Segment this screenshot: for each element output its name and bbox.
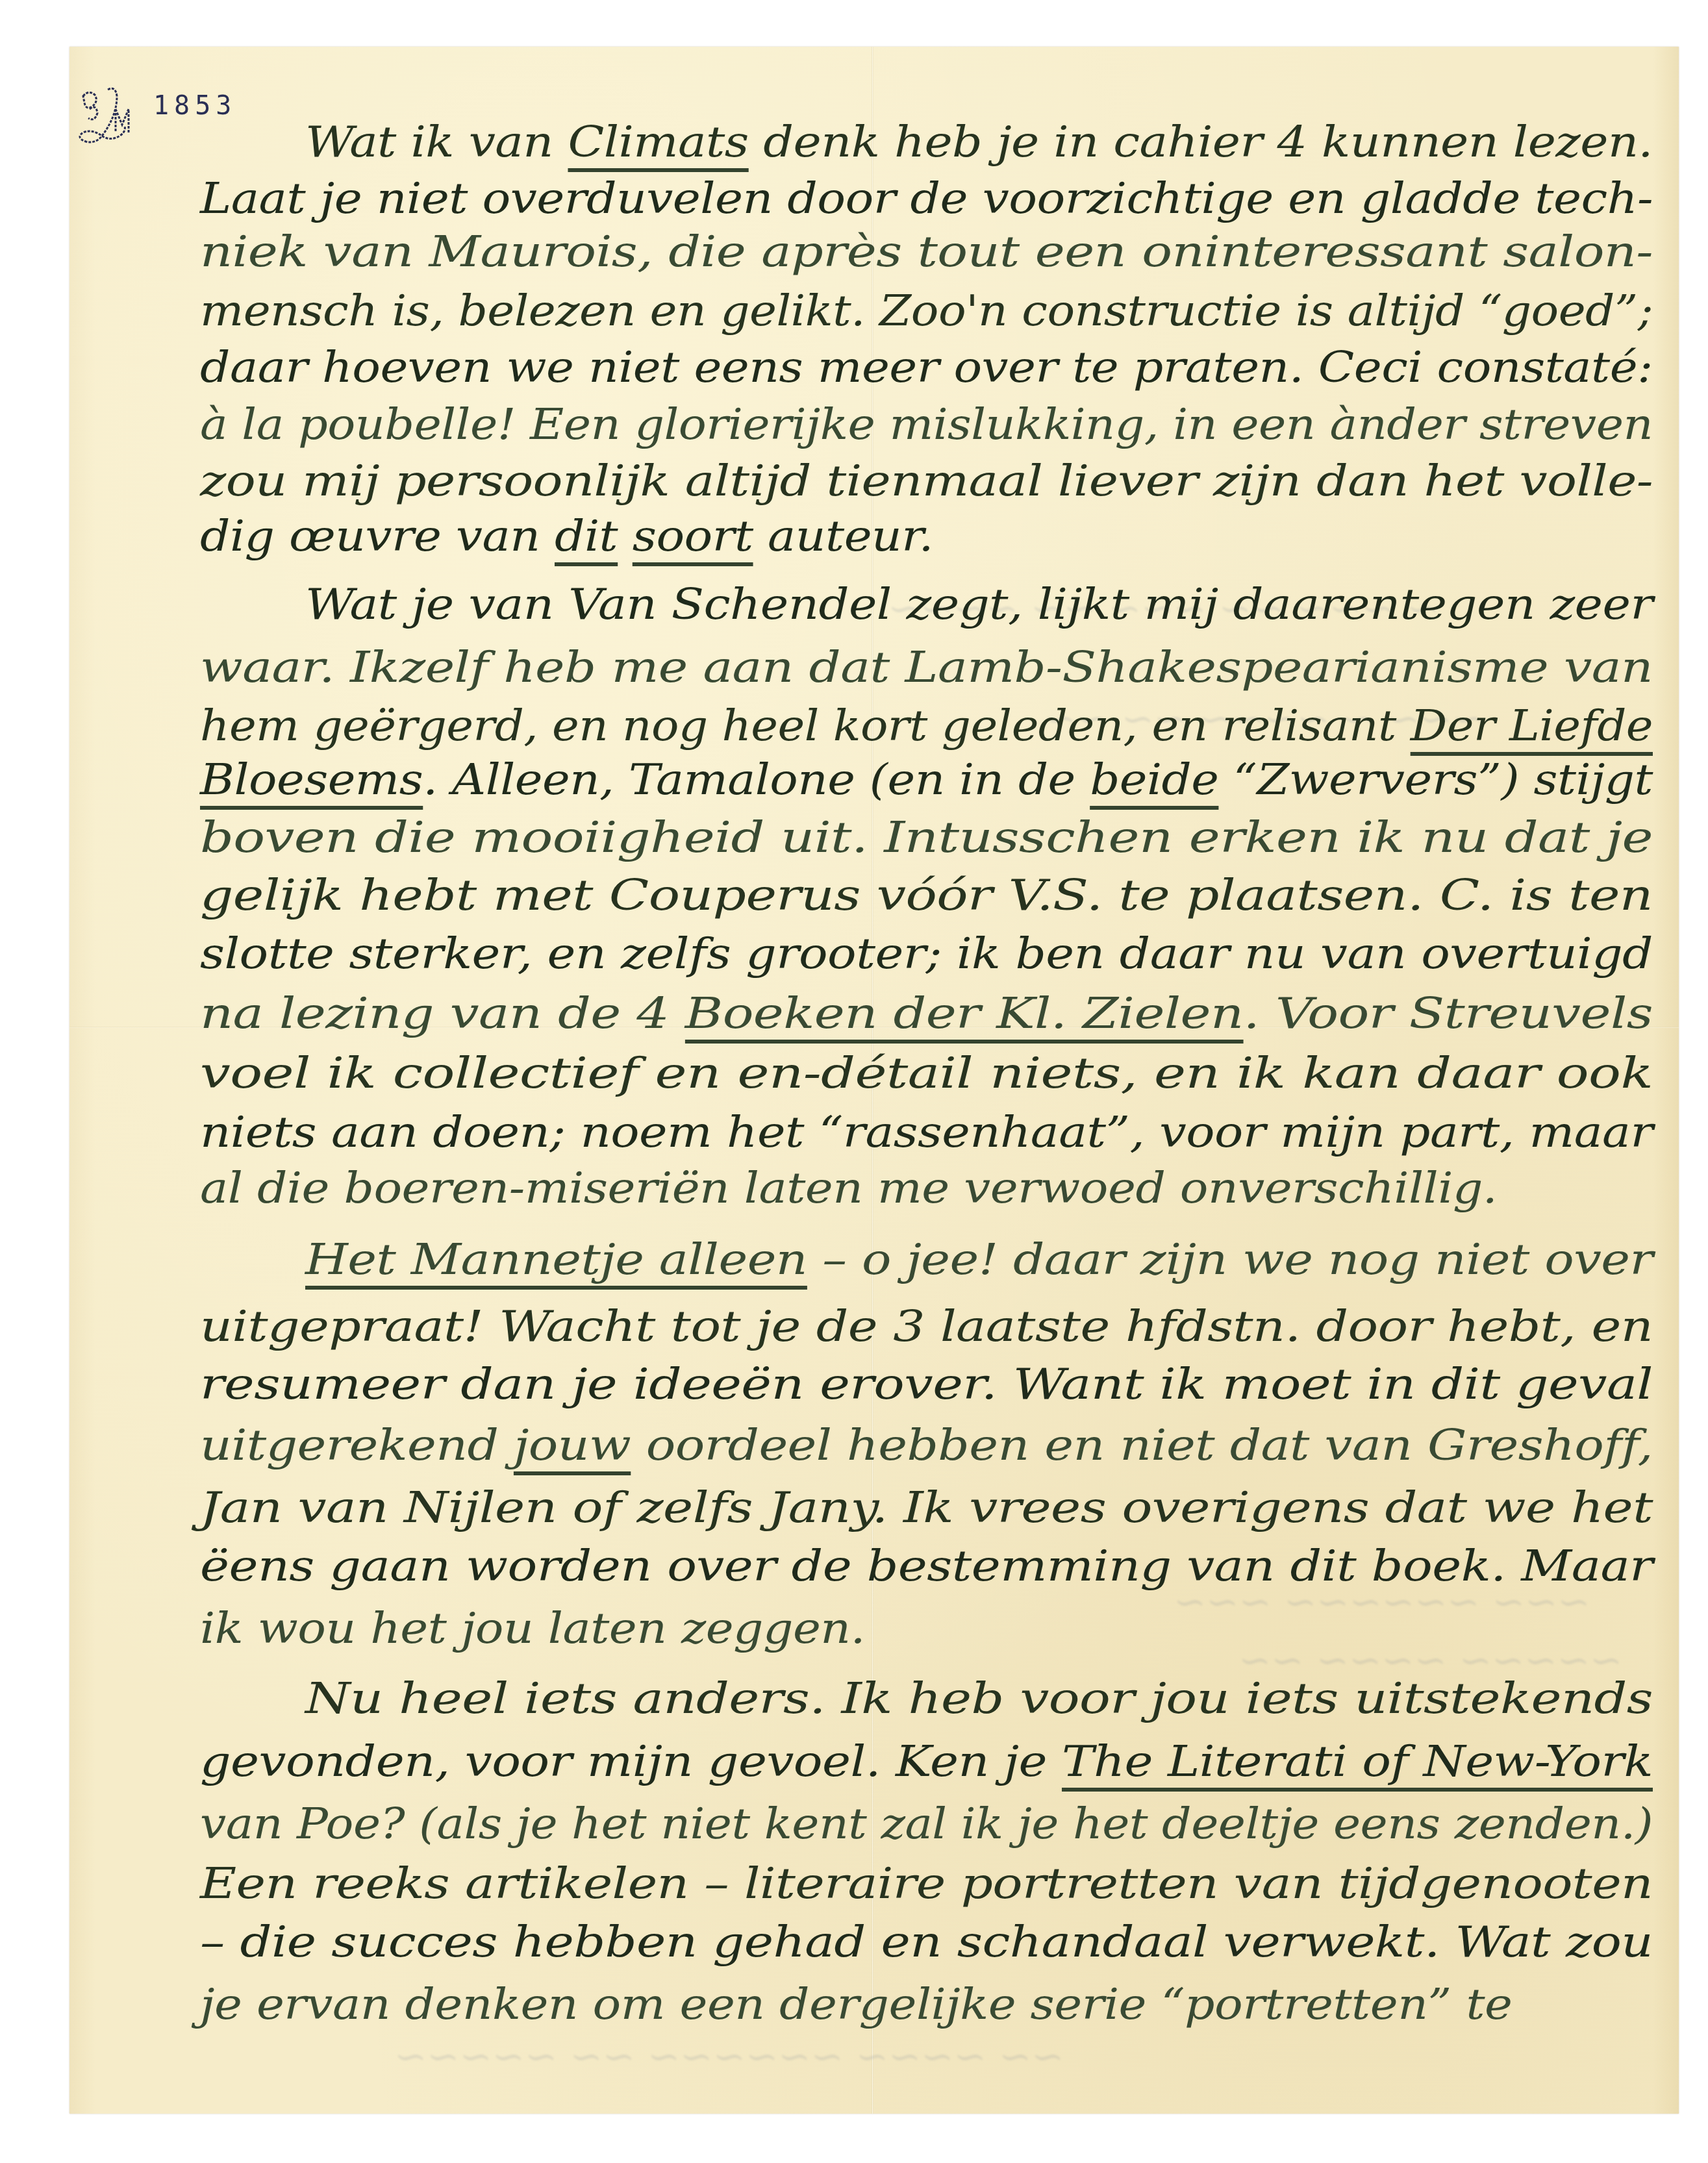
text-segment: . Voor Streuvels: [1244, 988, 1653, 1038]
text-segment: à la poubelle! Een glorierijke mislukkin…: [200, 399, 1653, 449]
text-segment: “Zwervers”) stijgt: [1218, 755, 1653, 805]
handwritten-line: je ervan denken om een dergelijke serie …: [200, 1983, 1512, 2026]
handwritten-line: na lezing van de 4 Boeken der Kl. Zielen…: [200, 992, 1653, 1035]
text-segment: van Poe? (als je het niet kent zal ik je…: [200, 1799, 1653, 1849]
handwritten-line: slotte sterker, en zelfs grooter; ik ben…: [200, 932, 1653, 975]
underlined-title: Climats: [568, 117, 748, 167]
text-segment: Wat ik van: [305, 117, 568, 167]
text-segment: uitgepraat! Wacht tot je de 3 laatste hf…: [200, 1301, 1653, 1351]
text-segment: je ervan denken om een dergelijke serie …: [200, 1979, 1512, 2029]
text-segment: Laat je niet overduvelen door de voorzic…: [200, 173, 1653, 223]
handwritten-line: mensch is, belezen en gelikt. Zoo'n cons…: [200, 290, 1653, 332]
handwritten-line: zou mij persoonlijk altijd tienmaal liev…: [200, 460, 1653, 503]
handwritten-line: al die boeren-miseriën laten me verwoed …: [200, 1167, 1497, 1210]
handwritten-line: Het Mannetje alleen – o jee! daar zijn w…: [305, 1238, 1653, 1281]
text-segment: . Alleen, Tamalone (en in de: [423, 755, 1090, 805]
accession-number: 1853: [153, 91, 236, 121]
handwritten-line: ik wou het jou laten zeggen.: [200, 1607, 865, 1650]
text-segment: ëens gaan worden over de bestemming van …: [200, 1541, 1653, 1591]
handwritten-line: waar. Ikzelf heb me aan dat Lamb-Shakesp…: [200, 646, 1653, 689]
text-segment: slotte sterker, en zelfs grooter; ik ben…: [200, 929, 1653, 979]
handwritten-line: Jan van Nijlen of zelfs Jany. Ik vrees o…: [200, 1486, 1653, 1529]
handwritten-line: voel ik collectief en en-détail niets, e…: [200, 1052, 1653, 1095]
text-segment: – die succes hebben gehad en schandaal v…: [200, 1917, 1653, 1967]
handwritten-line: ëens gaan worden over de bestemming van …: [200, 1545, 1653, 1588]
text-segment: gelijk hebt met Couperus vóór V.S. te pl…: [200, 870, 1653, 920]
handwritten-line: resumeer dan je ideeën erover. Want ik m…: [200, 1363, 1653, 1406]
text-segment: Een reeks artikelen – literaire portrett…: [200, 1858, 1653, 1908]
handwritten-line: gelijk hebt met Couperus vóór V.S. te pl…: [200, 874, 1653, 917]
text-segment: daar hoeven we niet eens meer over te pr…: [200, 342, 1653, 392]
handwritten-line: Een reeks artikelen – literaire portrett…: [200, 1862, 1653, 1905]
underlined-title: jouw: [514, 1420, 631, 1470]
show-through-writing: ~~ ~~~~ ~~~~~~ ~~ ~~~~~: [394, 2034, 1064, 2079]
text-segment: boven die mooiigheid uit. Intusschen erk…: [200, 812, 1653, 862]
handwritten-line: hem geërgerd, en nog heel kort geleden, …: [200, 705, 1653, 747]
text-segment: dig œuvre van: [200, 511, 555, 561]
text-segment: uitgerekend: [200, 1420, 514, 1470]
handwritten-line: niek van Maurois, die après tout een oni…: [200, 231, 1653, 273]
handwritten-line: dig œuvre van dit soort auteur.: [200, 515, 933, 558]
text-segment: al die boeren-miseriën laten me verwoed …: [200, 1163, 1497, 1213]
text-segment: gevonden, voor mijn gevoel. Ken je: [200, 1736, 1062, 1786]
text-segment: denk heb je in cahier 4 kunnen lezen.: [749, 117, 1653, 167]
handwritten-line: van Poe? (als je het niet kent zal ik je…: [200, 1803, 1653, 1845]
text-segment: hem geërgerd, en nog heel kort geleden, …: [200, 701, 1411, 751]
underlined-title: Boeken der Kl. Zielen: [685, 988, 1244, 1038]
archive-monogram-stamp-icon: [77, 83, 136, 155]
underlined-title: The Literati of New-York: [1062, 1736, 1653, 1786]
text-segment: oordeel hebben en niet dat van Greshoff,: [631, 1420, 1653, 1470]
underlined-title: Bloesems: [200, 755, 423, 805]
handwritten-line: niets aan doen; noem het “rassenhaat”, v…: [200, 1111, 1653, 1154]
handwritten-line: – die succes hebben gehad en schandaal v…: [200, 1921, 1653, 1964]
text-segment: [618, 511, 633, 561]
handwritten-line: gevonden, voor mijn gevoel. Ken je The L…: [200, 1740, 1653, 1783]
handwritten-line: Laat je niet overduvelen door de voorzic…: [200, 177, 1653, 220]
handwritten-line: uitgepraat! Wacht tot je de 3 laatste hf…: [200, 1305, 1653, 1348]
text-segment: niek van Maurois, die après tout een oni…: [200, 227, 1653, 277]
handwritten-line: boven die mooiigheid uit. Intusschen erk…: [200, 816, 1653, 859]
text-segment: waar. Ikzelf heb me aan dat Lamb-Shakesp…: [200, 642, 1653, 692]
text-segment: voel ik collectief en en-détail niets, e…: [200, 1048, 1653, 1098]
underlined-title: Het Mannetje alleen: [305, 1234, 807, 1284]
underlined-title: dit: [555, 511, 618, 561]
handwritten-line: Wat je van Van Schendel zegt, lijkt mij …: [305, 583, 1653, 626]
handwritten-line: daar hoeven we niet eens meer over te pr…: [200, 346, 1653, 389]
text-segment: Jan van Nijlen of zelfs Jany. Ik vrees o…: [200, 1482, 1653, 1532]
text-segment: Nu heel iets anders. Ik heb voor jou iet…: [305, 1673, 1653, 1723]
text-segment: auteur.: [753, 511, 933, 561]
text-segment: zou mij persoonlijk altijd tienmaal liev…: [200, 456, 1653, 506]
handwritten-line: Bloesems. Alleen, Tamalone (en in de bei…: [200, 758, 1653, 801]
handwritten-line: Nu heel iets anders. Ik heb voor jou iet…: [305, 1677, 1653, 1720]
underlined-title: soort: [633, 511, 753, 561]
handwritten-line: à la poubelle! Een glorierijke mislukkin…: [200, 403, 1653, 446]
text-segment: Wat je van Van Schendel zegt, lijkt mij …: [305, 579, 1653, 629]
underlined-title: beide: [1090, 755, 1218, 805]
text-segment: resumeer dan je ideeën erover. Want ik m…: [200, 1359, 1653, 1409]
text-segment: – o jee! daar zijn we nog niet over: [807, 1234, 1653, 1284]
handwritten-line: Wat ik van Climats denk heb je in cahier…: [305, 121, 1653, 164]
text-segment: niets aan doen; noem het “rassenhaat”, v…: [200, 1107, 1653, 1157]
text-segment: mensch is, belezen en gelikt. Zoo'n cons…: [200, 286, 1653, 336]
text-segment: na lezing van de 4: [200, 988, 685, 1038]
text-segment: ik wou het jou laten zeggen.: [200, 1603, 865, 1653]
underlined-title: Der Liefde: [1411, 701, 1653, 751]
handwritten-line: uitgerekend jouw oordeel hebben en niet …: [200, 1424, 1653, 1467]
